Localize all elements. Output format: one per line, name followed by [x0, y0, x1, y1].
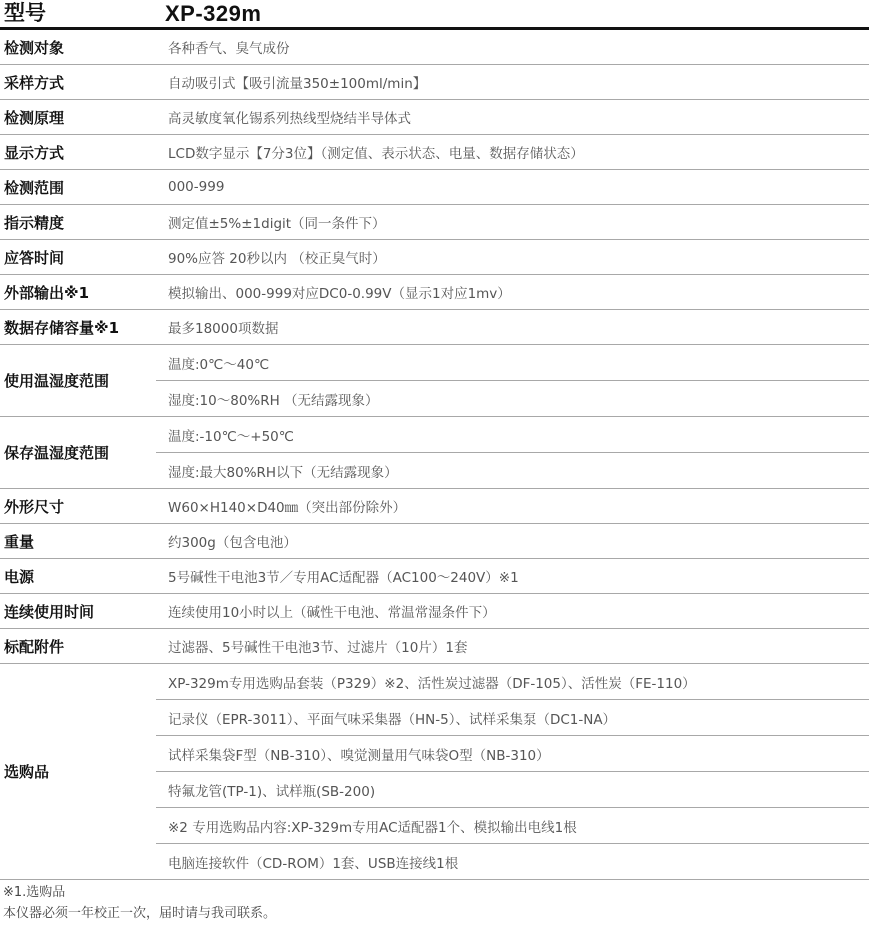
spec-row-power: 电源 5号碱性干电池3节／专用AC适配器（AC100～240V）※1 [0, 559, 869, 594]
spec-key: 采样方式 [0, 65, 156, 100]
spec-row-display-method: 显示方式 LCD数字显示【7分3位】（测定值、表示状态、电量、数据存储状态） [0, 135, 869, 170]
model-label: 型号 [4, 0, 46, 27]
spec-row-continuous-use: 连续使用时间 连续使用10小时以上（碱性干电池、常温常湿条件下） [0, 594, 869, 629]
spec-key: 指示精度 [0, 205, 156, 240]
spec-key: 检测对象 [0, 30, 156, 65]
spec-row-options: 选购品 XP-329m专用选购品套装（P329）※2、活性炭过滤器（DF-105… [0, 664, 869, 700]
spec-key: 使用温湿度范围 [0, 345, 156, 417]
option-item: ※2 专用选购品内容:XP-329m专用AC适配器1个、模拟输出电线1根 [156, 808, 869, 844]
option-item: 试样采集袋F型（NB-310）、嗅觉测量用气味袋O型（NB-310） [156, 736, 869, 772]
option-item: 记录仪（EPR-3011）、平面气味采集器（HN-5）、试样采集泵（DC1-NA… [156, 700, 869, 736]
spec-row-sampling-method: 采样方式 自动吸引式【吸引流量350±100ml/min】 [0, 65, 869, 100]
spec-value: LCD数字显示【7分3位】（测定值、表示状态、电量、数据存储状态） [156, 135, 869, 170]
spec-value: 温度:-10℃～+50℃ [156, 417, 869, 453]
spec-value: 各种香气、臭气成份 [156, 30, 869, 65]
spec-value: W60×H140×D40㎜（突出部份除外） [156, 489, 869, 524]
spec-value: 湿度:10～80%RH （无结露现象） [156, 381, 869, 417]
spec-value: 自动吸引式【吸引流量350±100ml/min】 [156, 65, 869, 100]
spec-row-dimensions: 外形尺寸 W60×H140×D40㎜（突出部份除外） [0, 489, 869, 524]
spec-row-operating-temp-humidity: 使用温湿度范围 温度:0℃～40℃ [0, 345, 869, 381]
spec-value: 高灵敏度氧化锡系列热线型烧结半导体式 [156, 100, 869, 135]
spec-table: 检测对象 各种香气、臭气成份 采样方式 自动吸引式【吸引流量350±100ml/… [0, 30, 869, 880]
spec-key: 检测范围 [0, 170, 156, 205]
spec-key: 连续使用时间 [0, 594, 156, 629]
spec-key: 电源 [0, 559, 156, 594]
spec-row-response-time: 应答时间 90%应答 20秒以内 （校正臭气时） [0, 240, 869, 275]
spec-value: 最多18000项数据 [156, 310, 869, 345]
spec-value: 湿度:最大80%RH以下（无结露现象） [156, 453, 869, 489]
spec-value: 约300g（包含电池） [156, 524, 869, 559]
spec-key: 外部输出※1 [0, 275, 156, 310]
spec-row-detection-target: 检测对象 各种香气、臭气成份 [0, 30, 869, 65]
spec-row-data-storage: 数据存储容量※1 最多18000项数据 [0, 310, 869, 345]
spec-key: 重量 [0, 524, 156, 559]
footnote-calibration: 本仪器必须一年校正一次，届时请与我司联系。 [3, 903, 276, 924]
spec-row-accuracy: 指示精度 测定值±5%±1digit（同一条件下） [0, 205, 869, 240]
spec-key: 选购品 [0, 664, 156, 880]
option-item: 特氟龙管(TP-1)、试样瓶(SB-200) [156, 772, 869, 808]
spec-value: 模拟输出、000-999对应DC0-0.99V（显示1对应1mv） [156, 275, 869, 310]
spec-row-storage-temp-humidity: 保存温湿度范围 温度:-10℃～+50℃ [0, 417, 869, 453]
spec-value: 90%应答 20秒以内 （校正臭气时） [156, 240, 869, 275]
spec-header: 型号 XP-329m [0, 0, 869, 30]
spec-row-standard-accessories: 标配附件 过滤器、5号碱性干电池3节、过滤片（10片）1套 [0, 629, 869, 664]
spec-value: 测定值±5%±1digit（同一条件下） [156, 205, 869, 240]
option-item: 电脑连接软件（CD-ROM）1套、USB连接线1根 [156, 844, 869, 880]
spec-row-detection-principle: 检测原理 高灵敏度氧化锡系列热线型烧结半导体式 [0, 100, 869, 135]
spec-row-external-output: 外部输出※1 模拟输出、000-999对应DC0-0.99V（显示1对应1mv） [0, 275, 869, 310]
footnote-optional: ※1.选购品 [3, 882, 276, 903]
option-item: XP-329m专用选购品套装（P329）※2、活性炭过滤器（DF-105）、活性… [156, 664, 869, 700]
spec-key: 应答时间 [0, 240, 156, 275]
spec-key: 检测原理 [0, 100, 156, 135]
spec-value: 5号碱性干电池3节／专用AC适配器（AC100～240V）※1 [156, 559, 869, 594]
spec-key: 数据存储容量※1 [0, 310, 156, 345]
footnotes: ※1.选购品 本仪器必须一年校正一次，届时请与我司联系。 [3, 882, 276, 924]
spec-value: 过滤器、5号碱性干电池3节、过滤片（10片）1套 [156, 629, 869, 664]
spec-value: 连续使用10小时以上（碱性干电池、常温常湿条件下） [156, 594, 869, 629]
spec-value: 温度:0℃～40℃ [156, 345, 869, 381]
spec-row-detection-range: 检测范围 000-999 [0, 170, 869, 205]
spec-key: 标配附件 [0, 629, 156, 664]
spec-key: 保存温湿度范围 [0, 417, 156, 489]
spec-key: 显示方式 [0, 135, 156, 170]
spec-row-weight: 重量 约300g（包含电池） [0, 524, 869, 559]
spec-value: 000-999 [156, 170, 869, 205]
spec-key: 外形尺寸 [0, 489, 156, 524]
model-number: XP-329m [165, 0, 261, 27]
